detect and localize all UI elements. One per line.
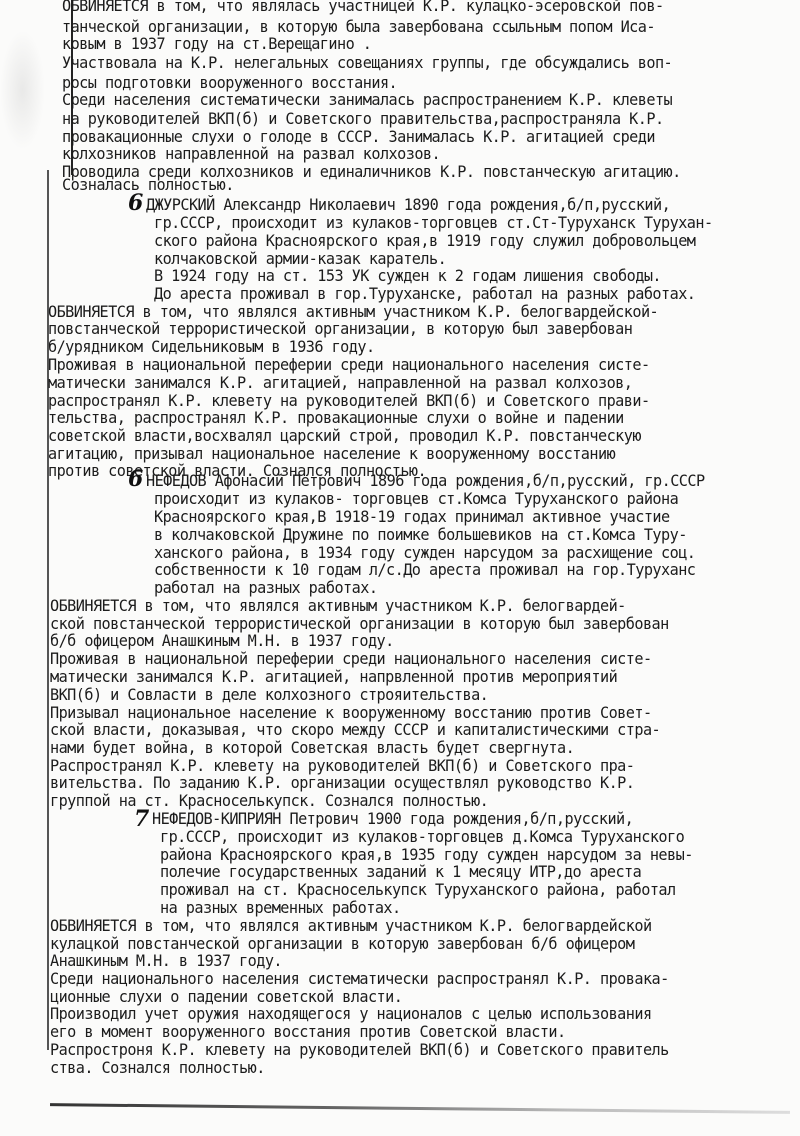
charge-line: матически занимался К.Р. агитацией, напр… <box>50 669 617 687</box>
text-line: ковым в 1937 году на ст.Верещагино . <box>62 36 371 54</box>
charge-line: советской власти,восхвалял царский строй… <box>48 428 641 446</box>
charge-line: б/урядником Сидельниковым в 1936 году. <box>48 339 375 357</box>
charge-line: Проживая в национальной переферии среди … <box>50 651 652 669</box>
text-line: на руководителей ВКП(б) и Советского пра… <box>62 111 664 129</box>
charge-line: Среди национального населения систематич… <box>50 971 669 989</box>
charge-line: его в момент вооруженного восстания прот… <box>50 1024 566 1042</box>
bio-line: В 1924 году на ст. 153 УК сужден к 2 год… <box>154 268 661 286</box>
text-line: Созналась полностью. <box>62 177 234 195</box>
charge-heading-line: ОБВИНЯЕТСЯ в том, что являлся активным у… <box>50 918 652 936</box>
person-name-line: НЕФЕДОВ Афонасий Петрович 1896 года рожд… <box>146 473 705 491</box>
scanned-document-page: ОБВИНЯЕТСЯ в том, что являлась участнице… <box>0 0 800 1136</box>
charge-line: Проживая в национальной переферии среди … <box>48 357 650 375</box>
charge-line: матически занимался К.Р. агитацией, напр… <box>48 375 632 393</box>
bio-line: Красноярского края,В 1918-19 годах прини… <box>154 509 670 527</box>
charge-line: ства. Сознался полностью. <box>50 1060 265 1078</box>
charge-line: нами будет война, в которой Советская вл… <box>50 740 574 758</box>
bio-line: До ареста проживал в гор.Туруханске, раб… <box>154 286 695 304</box>
charge-line: Производил учет оружия находящегося у на… <box>50 1006 652 1024</box>
charge-line: повстанческой террористической организац… <box>48 321 632 339</box>
charge-heading-line: ОБВИНЯЕТСЯ в том, что являлась участнице… <box>62 0 664 15</box>
charge-line: группой на ст. Красноселькупск. Сознался… <box>50 793 488 811</box>
page-bottom-edge <box>50 1103 790 1114</box>
bio-line: полечие государственных заданий к 1 меся… <box>160 864 641 882</box>
bio-line: ского района Красноярского края,в 1919 г… <box>154 233 695 251</box>
person-name-line: НЕФЕДОВ-КИПРИЯН Петрович 1900 года рожде… <box>152 811 633 829</box>
text-line: Среди населения систематически занималас… <box>62 92 672 110</box>
charge-line: Распростроня К.Р. клевету на руководител… <box>50 1042 669 1060</box>
charge-line: тельства, распространял К.Р. провакацион… <box>48 410 624 428</box>
text-line: Участвовала на К.Р. нелегальных совещани… <box>62 55 672 73</box>
charge-line: вительства. По заданию К.Р. организации … <box>50 775 634 793</box>
scan-smudge <box>0 30 45 150</box>
bio-line: собственности к 10 годам л/с.До ареста п… <box>154 562 695 580</box>
entry-number-handwritten: 7 <box>134 806 149 832</box>
charge-line: ВКП(б) и Совласти в деле колхозного стро… <box>50 687 488 705</box>
bio-line: проживал на ст. Красноселькупск Туруханс… <box>160 882 676 900</box>
bio-line: работал на разных работах. <box>154 580 377 598</box>
bio-line: происходит из кулаков- торговцев ст.Комс… <box>154 491 678 509</box>
entry-number-handwritten: 6 <box>128 466 143 492</box>
bio-line: гр.СССР, происходит из кулаков-торговцев… <box>160 829 684 847</box>
charge-line: ской власти, доказывая, что скоро между … <box>50 722 660 740</box>
bio-line: гр.СССР, происходит из кулаков-торговцев… <box>154 215 713 233</box>
bio-line: на разных временных работах. <box>160 900 401 918</box>
bio-line: в колчаковской Дружине по поимке большев… <box>154 527 687 545</box>
charge-heading-line: ОБВИНЯЕТСЯ в том, что являлся активным у… <box>50 598 626 616</box>
person-name-line: ДЖУРСКИЙ Александр Николаевич 1890 года … <box>146 197 670 215</box>
entry-number-handwritten: 6 <box>128 190 143 216</box>
charge-line: б/б офицером Анашкиным М.Н. в 1937 году. <box>50 633 394 651</box>
charge-line: Анашкиным М.Н. в 1937 году. <box>50 953 282 971</box>
text-line: колхозников направленной на развал колхо… <box>62 146 440 164</box>
